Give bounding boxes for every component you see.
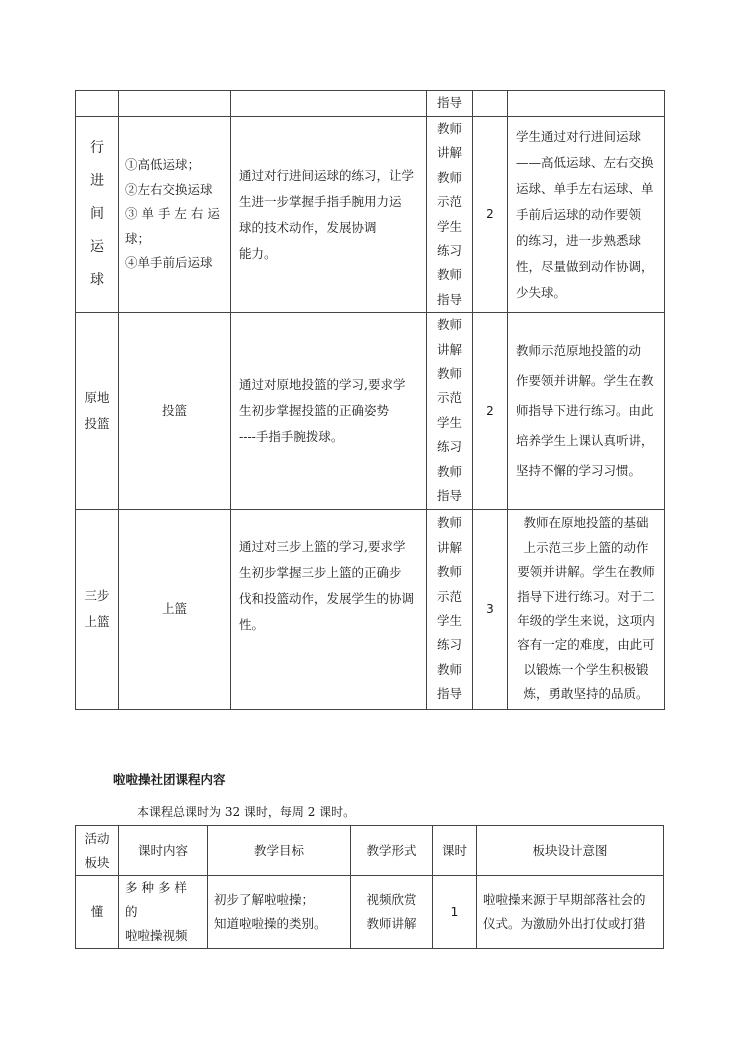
table-row-continued: 指导	[76, 91, 665, 117]
cell-intent: 教师在原地投篮的基础 上示范三步上篮的动作 要领并讲解。学生在教师 指导下进行练…	[508, 509, 665, 709]
section-title: 啦啦操社团课程内容	[113, 770, 226, 788]
cell-hours: 1	[433, 876, 477, 949]
cell-block	[76, 91, 119, 117]
cell-block: 懂	[76, 876, 119, 949]
cell-goal: 初步了解啦啦操； 知道啦啦操的类别。	[208, 876, 351, 949]
table-row: 懂 多 种 多 样 的 啦啦操视频 初步了解啦啦操； 知道啦啦操的类别。 视频欣…	[76, 876, 664, 949]
cell-goal	[231, 91, 427, 117]
header-content: 课时内容	[119, 826, 208, 876]
cell-method: 指导	[427, 91, 473, 117]
header-hours: 课时	[433, 826, 477, 876]
cell-goal: 通过对原地投篮的学习,要求学 生初步掌握投篮的正确姿势 ----手指手腕拨球。	[231, 313, 427, 509]
cell-goal: 通过对三步上篮的学习,要求学 生初步掌握三步上篮的正确步 伐和投篮动作，发展学生…	[231, 509, 427, 709]
cheerleading-course-table: 活动 板块 课时内容 教学目标 教学形式 课时 板块设计意图 懂 多 种 多 样…	[75, 825, 664, 949]
cell-intent: 啦啦操来源于早期部落社会的 仪式。为激励外出打仗或打猎	[477, 876, 664, 949]
table-row: 三步 上篮 上篮 通过对三步上篮的学习,要求学 生初步掌握三步上篮的正确步 伐和…	[76, 509, 665, 709]
cell-block: 三步 上篮	[76, 509, 119, 709]
cell-content: ①高低运球； ②左右交换运球 ③ 单 手 左 右 运 球； ④单手前后运球	[119, 117, 231, 313]
cell-method: 视频欣赏 教师讲解	[351, 876, 433, 949]
cell-content: 上篮	[119, 509, 231, 709]
section-intro: 本课程总课时为 32 课时，每周 2 课时。	[137, 803, 355, 820]
table-row: 行 进 间 运 球 ①高低运球； ②左右交换运球 ③ 单 手 左 右 运 球； …	[76, 117, 665, 313]
cell-block: 原地 投篮	[76, 313, 119, 509]
cell-goal: 通过对行进间运球的练习，让学 生进一步掌握手指手腕用力运 球的技术动作，发展协调…	[231, 117, 427, 313]
table-header-row: 活动 板块 课时内容 教学目标 教学形式 课时 板块设计意图	[76, 826, 664, 876]
cell-intent	[508, 91, 665, 117]
cell-content: 多 种 多 样 的 啦啦操视频	[119, 876, 208, 949]
basketball-course-table: 指导 行 进 间 运 球 ①高低运球； ②左右交换运球 ③ 单 手 左 右 运 …	[75, 90, 665, 710]
cell-content	[119, 91, 231, 117]
cell-method: 教师 讲解 教师 示范 学生 练习 教师 指导	[427, 313, 473, 509]
cell-method: 教师 讲解 教师 示范 学生 练习 教师 指导	[427, 509, 473, 709]
cell-hours: 2	[473, 313, 508, 509]
cell-hours: 2	[473, 117, 508, 313]
cell-hours: 3	[473, 509, 508, 709]
header-goal: 教学目标	[208, 826, 351, 876]
cell-intent: 教师示范原地投篮的动 作要领并讲解。学生在教 师指导下进行练习。由此 培养学生上…	[508, 313, 665, 509]
cell-method: 教师 讲解 教师 示范 学生 练习 教师 指导	[427, 117, 473, 313]
cell-intent: 学生通过对行进间运球 ——高低运球、左右交换 运球、单手左右运球、单 手前后运球…	[508, 117, 665, 313]
cell-content: 投篮	[119, 313, 231, 509]
header-method: 教学形式	[351, 826, 433, 876]
cell-hours	[473, 91, 508, 117]
cell-block: 行 进 间 运 球	[76, 117, 119, 313]
header-block: 活动 板块	[76, 826, 119, 876]
table-row: 原地 投篮 投篮 通过对原地投篮的学习,要求学 生初步掌握投篮的正确姿势 ---…	[76, 313, 665, 509]
header-intent: 板块设计意图	[477, 826, 664, 876]
